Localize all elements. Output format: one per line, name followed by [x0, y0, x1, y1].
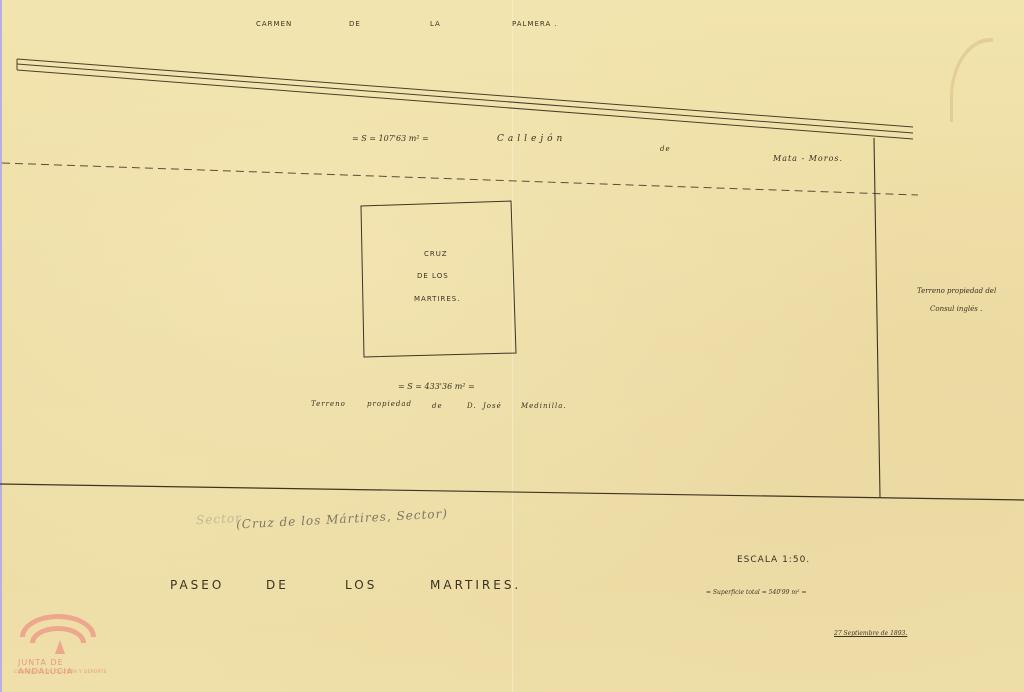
- plot-area-label: = S = 433'36 m² =: [398, 382, 475, 391]
- top-label-word: DE: [349, 20, 361, 28]
- owner-word: Terreno: [311, 400, 346, 408]
- owner-word: de: [432, 402, 443, 410]
- top-label-word: PALMERA .: [512, 20, 558, 28]
- scale-label: ESCALA 1:50.: [737, 555, 810, 565]
- logo-triangle-icon: [55, 640, 65, 654]
- owner-word: propiedad: [367, 400, 412, 408]
- street-name-word: de: [660, 145, 671, 153]
- bottom-boundary: [0, 484, 1024, 500]
- street-lower-word: MARTIRES.: [430, 578, 521, 592]
- street-name-word: Mata - Moros.: [773, 154, 843, 163]
- street-lower-word: PASEO: [170, 578, 224, 592]
- right-plot-owner-line: Terreno propiedad del: [917, 287, 996, 295]
- street-area-label: = S = 107'63 m² =: [352, 134, 429, 143]
- right-plot-boundary: [874, 138, 880, 497]
- top-label-word: LA: [430, 20, 441, 28]
- date-label: 27 Septiembre de 1893.: [834, 630, 907, 637]
- street-lower-word: DE: [266, 578, 289, 592]
- street-lower-word: LOS: [345, 578, 377, 592]
- street-name-word: Callejón: [497, 134, 566, 144]
- owner-word: José: [483, 402, 502, 410]
- total-area-label: = Superficie total = 540'99 m² =: [706, 589, 806, 596]
- street-boundary-lines: [17, 59, 913, 139]
- logo-subtitle: CONSEJERÍA DE CULTURA Y DEPORTE: [14, 670, 107, 675]
- owner-word: Medinilla.: [521, 402, 567, 410]
- owner-word: D.: [467, 402, 477, 410]
- dashed-alignment-line: [2, 163, 918, 195]
- cross-label-line: MARTIRES.: [414, 295, 460, 303]
- cross-label-line: CRUZ: [424, 250, 448, 258]
- cross-label-line: DE LOS: [417, 272, 449, 280]
- right-plot-owner-line: Consul inglés .: [930, 305, 982, 313]
- junta-andalucia-logo: JUNTA DE ANDALUCIA CONSEJERÍA DE CULTURA…: [10, 612, 120, 688]
- top-label-word: CARMEN: [256, 20, 292, 28]
